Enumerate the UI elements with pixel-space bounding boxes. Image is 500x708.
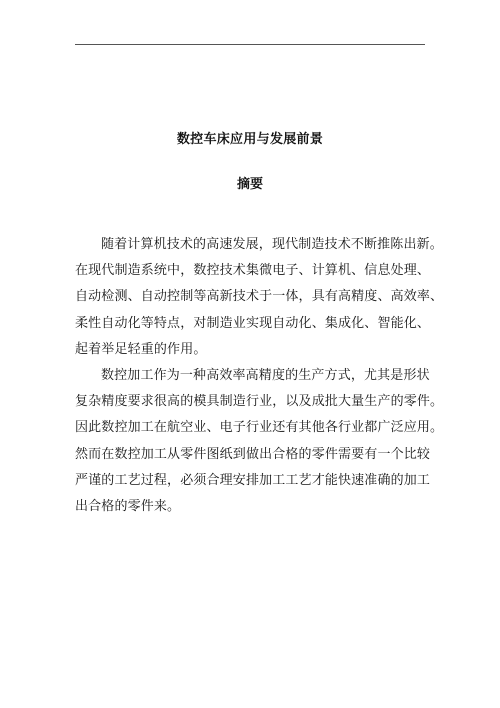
paragraph-line: 起着举足轻重的作用。 [75, 340, 441, 366]
paragraph-line: 柔性自动化等特点，对制造业实现自动化、集成化、智能化、 [75, 314, 441, 340]
paragraph-line: 严谨的工艺过程，必须合理安排加工工艺才能快速准确的加工 [75, 471, 441, 497]
paragraph-1: 随着计算机技术的高速发展，现代制造技术不断推陈出新。 在现代制造系统中，数控技术… [75, 235, 441, 366]
paragraph-line: 复杂精度要求很高的模具制造行业，以及成批大量生产的零件。 [75, 392, 441, 418]
abstract-heading: 摘要 [0, 176, 500, 194]
paragraph-line: 自动检测、自动控制等高新技术于一体，具有高精度、高效率、 [75, 287, 441, 313]
document-title: 数控车床应用与发展前景 [0, 131, 500, 149]
paragraph-line: 数控加工作为一种高效率高精度的生产方式，尤其是形状 [75, 366, 441, 392]
paragraph-line: 因此数控加工在航空业、电子行业还有其他各行业都广泛应用。 [75, 418, 441, 444]
paragraph-line: 出合格的零件来。 [75, 497, 441, 523]
paragraph-2: 数控加工作为一种高效率高精度的生产方式，尤其是形状 复杂精度要求很高的模具制造行… [75, 366, 441, 523]
header-rule [75, 44, 425, 45]
paragraph-line: 然而在数控加工从零件图纸到做出合格的零件需要有一个比较 [75, 445, 441, 471]
document-page: 数控车床应用与发展前景 摘要 随着计算机技术的高速发展，现代制造技术不断推陈出新… [0, 0, 500, 708]
paragraph-line: 随着计算机技术的高速发展，现代制造技术不断推陈出新。 [75, 235, 441, 261]
paragraph-line: 在现代制造系统中，数控技术集微电子、计算机、信息处理、 [75, 261, 441, 287]
abstract-body: 随着计算机技术的高速发展，现代制造技术不断推陈出新。 在现代制造系统中，数控技术… [75, 235, 441, 523]
